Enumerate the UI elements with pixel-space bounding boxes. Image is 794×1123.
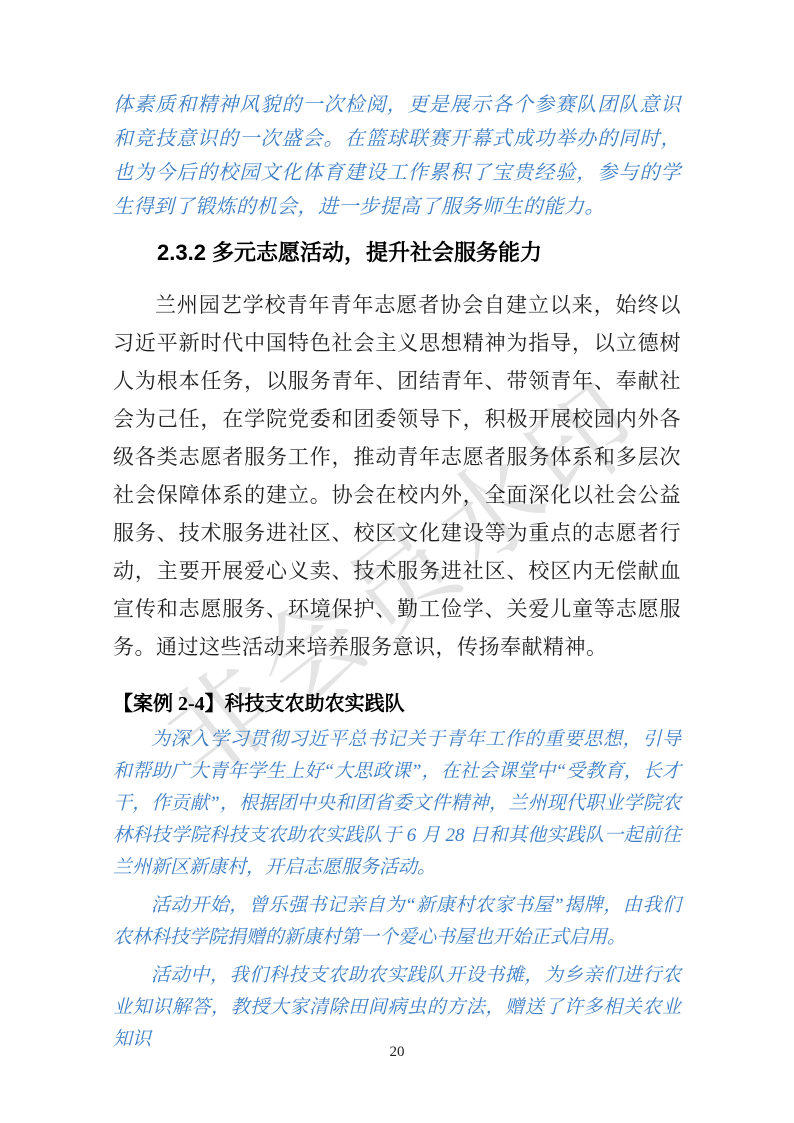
document-page: 非会员水印 体素质和精神风貌的一次检阅，更是展示各个参赛队团队意识和竞技意识的一… (0, 0, 794, 1123)
section-body-paragraph: 兰州园艺学校青年青年志愿者协会自建立以来，始终以习近平新时代中国特色社会主义思想… (113, 286, 681, 666)
page-footer: 20 (0, 1043, 794, 1061)
case-study-paragraph-1: 为深入学习贯彻习近平总书记关于青年工作的重要思想，引导和帮助广大青年学生上好“大… (113, 724, 681, 884)
case-study-paragraph-3: 活动中，我们科技支农助农实践队开设书摊，为乡亲们进行农业知识解答，教授大家清除田… (113, 960, 681, 1056)
intro-paragraph: 体素质和精神风貌的一次检阅，更是展示各个参赛队团队意识和竞技意识的一次盛会。在篮… (113, 88, 681, 224)
section-heading-2-3-2: 2.3.2 多元志愿活动，提升社会服务能力 (113, 238, 681, 268)
case-study-paragraph-2: 活动开始，曾乐强书记亲自为“新康村农家书屋”揭牌，由我们农林科技学院捐赠的新康村… (113, 890, 681, 954)
case-study-heading: 【案例 2-4】科技支农助农实践队 (113, 690, 681, 718)
page-number: 20 (390, 1044, 405, 1060)
page-content: 体素质和精神风貌的一次检阅，更是展示各个参赛队团队意识和竞技意识的一次盛会。在篮… (0, 0, 794, 1056)
